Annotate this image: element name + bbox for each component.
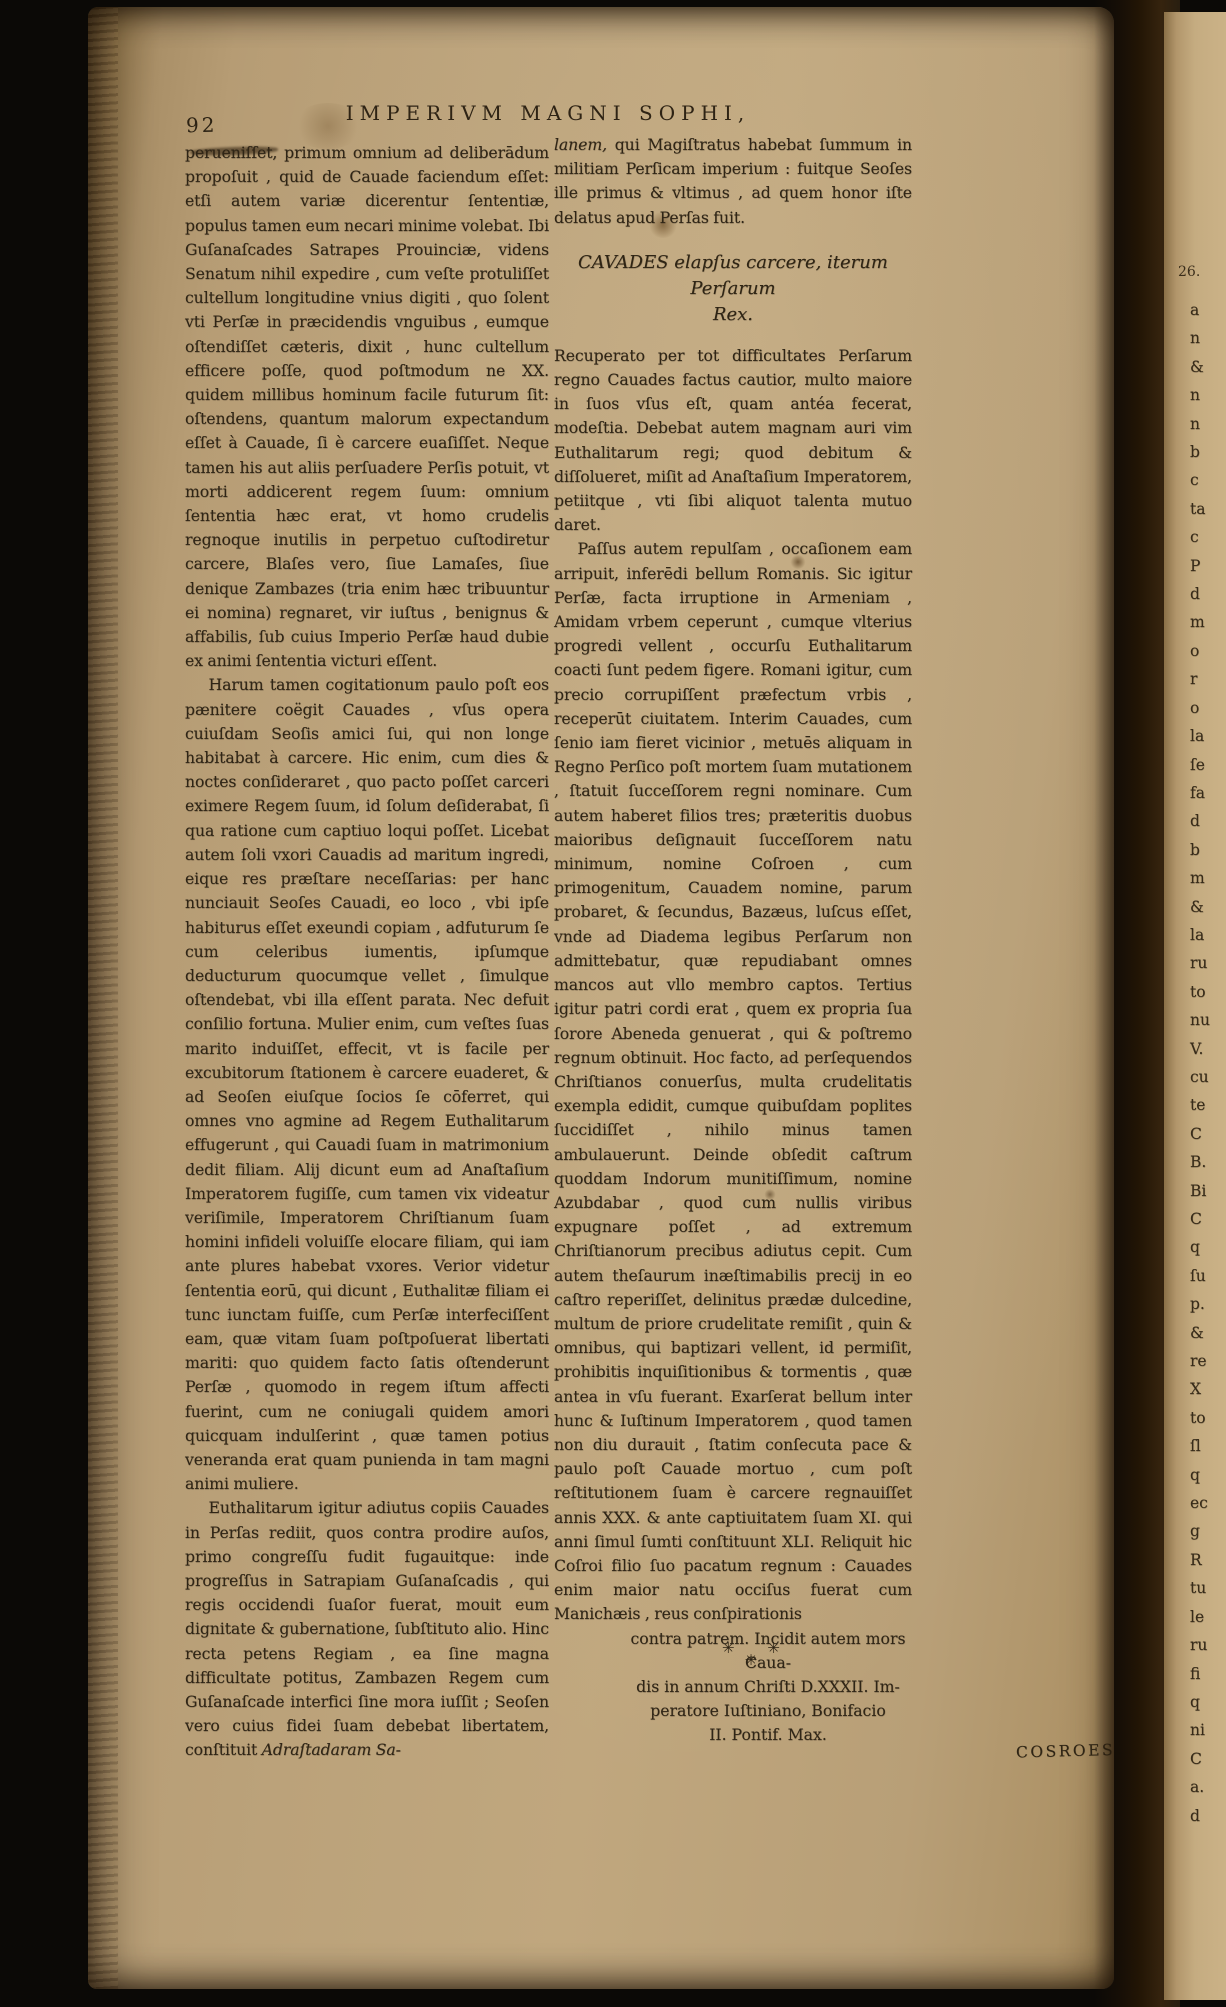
edge-text-fragment: n — [1190, 410, 1210, 438]
page-deckle-edge — [88, 7, 118, 1989]
edge-text-fragment: C — [1190, 1745, 1210, 1773]
edge-text-fragment: n — [1190, 324, 1210, 352]
edge-text-fragment: d — [1190, 1802, 1210, 1830]
edge-text-fragment: b — [1190, 438, 1210, 466]
edge-text-fragment: fa — [1190, 779, 1210, 807]
section-heading-line2: Rex. — [554, 302, 912, 328]
edge-text-fragment: p. — [1190, 1290, 1210, 1318]
paragraph-text: qui Magiſtratus habebat ſummum in militi… — [554, 135, 912, 227]
edge-text-fragment: R — [1190, 1546, 1210, 1574]
edge-text-fragment: cu — [1190, 1063, 1210, 1091]
edge-text-fragment: C — [1190, 1120, 1210, 1148]
continuation-italic: lanem, — [554, 135, 607, 154]
edge-text-fragment: & — [1190, 893, 1210, 921]
edge-text-fragment: fi — [1190, 1660, 1210, 1688]
edge-text-fragment: ni — [1190, 1716, 1210, 1744]
paragraph: lanem, qui Magiſtratus habebat ſummum in… — [554, 133, 912, 230]
edge-text-fragment: ſe — [1190, 751, 1210, 779]
edge-text-fragment: b — [1190, 836, 1210, 864]
edge-text-fragment: r — [1190, 665, 1210, 693]
edge-text-fragment: c — [1190, 523, 1210, 551]
paragraph: Paſſus autem repulſam , occaſionem eam a… — [554, 537, 912, 1626]
edge-text-fragment: a — [1190, 296, 1210, 324]
book-page: 92 IMPERIVM MAGNI SOPHI, perueniſſet, pr… — [88, 7, 1114, 1989]
edge-text-fragment: d — [1190, 807, 1210, 835]
edge-text-fragment: c — [1190, 466, 1210, 494]
paragraph: Harum tamen cogitationum paulo poſt eos … — [185, 673, 549, 1496]
edge-text-fragment: m — [1190, 608, 1210, 636]
edge-text-fragment: le — [1190, 1603, 1210, 1631]
running-title: IMPERIVM MAGNI SOPHI, — [278, 101, 818, 125]
section-heading-line1: CAVADES elapſus carcere, iterum Perſarum — [554, 250, 912, 302]
edge-text-fragments: an&nnbctacPdmorolaſefadbm&larutonuV.cute… — [1190, 296, 1210, 1830]
edge-text-fragment: X — [1190, 1375, 1210, 1403]
edge-text-fragment: la — [1190, 921, 1210, 949]
edge-text-fragment: B. — [1190, 1148, 1210, 1176]
edge-text-fragment: ru — [1190, 949, 1210, 977]
paragraph-list: perueniſſet, primum omnium ad deliberādu… — [185, 141, 549, 1496]
margin-note: 26. — [1178, 264, 1200, 280]
edge-text-fragment: g — [1190, 1517, 1210, 1545]
text-column-right: lanem, qui Magiſtratus habebat ſummum in… — [554, 133, 912, 1748]
page-number: 92 — [186, 113, 218, 138]
edge-text-fragment: to — [1190, 1404, 1210, 1432]
paragraph: Euthalitarum igitur adiutus copiis Cauad… — [185, 1496, 549, 1762]
edge-text-fragment: q — [1190, 1233, 1210, 1261]
edge-text-fragment: q — [1190, 1461, 1210, 1489]
edge-text-fragment: tu — [1190, 1574, 1210, 1602]
closing-line: peratore Iuſtiniano, Bonifacio — [624, 1699, 912, 1723]
asterism: ✳ ✳ ✳ — [648, 1639, 868, 1669]
edge-text-fragment: ta — [1190, 495, 1210, 523]
adjacent-page-edge: 26. an&nnbctacPdmorolaſefadbm&larutonuV.… — [1164, 12, 1226, 2000]
edge-text-fragment: P — [1190, 552, 1210, 580]
text-column-left: perueniſſet, primum omnium ad deliberādu… — [185, 141, 549, 1763]
edge-text-fragment: V. — [1190, 1035, 1210, 1063]
edge-text-fragment: n — [1190, 381, 1210, 409]
edge-text-fragment: ec — [1190, 1489, 1210, 1517]
edge-text-fragment: o — [1190, 637, 1210, 665]
edge-text-fragment: m — [1190, 864, 1210, 892]
edge-text-fragment: ſu — [1190, 1262, 1210, 1290]
paragraph: perueniſſet, primum omnium ad deliberādu… — [185, 141, 549, 673]
edge-text-fragment: d — [1190, 580, 1210, 608]
edge-text-fragment: q — [1190, 1688, 1210, 1716]
closing-line: II. Pontif. Max. — [624, 1723, 912, 1747]
edge-text-fragment: nu — [1190, 1006, 1210, 1034]
edge-text-fragment: te — [1190, 1091, 1210, 1119]
edge-text-fragment: C — [1190, 1205, 1210, 1233]
catchword-italic: Adraſtadaram Sa- — [262, 1740, 401, 1759]
edge-text-fragment: la — [1190, 722, 1210, 750]
edge-text-fragment: & — [1190, 1319, 1210, 1347]
paragraph-text: Euthalitarum igitur adiutus copiis Cauad… — [185, 1498, 549, 1759]
paragraph: Recuperato per tot difficultates Perſaru… — [554, 344, 912, 538]
edge-text-fragment: & — [1190, 353, 1210, 381]
paragraph-list: Recuperato per tot difficultates Perſaru… — [554, 344, 912, 1627]
book-scan-background: 92 IMPERIVM MAGNI SOPHI, perueniſſet, pr… — [0, 0, 1226, 2007]
edge-text-fragment: re — [1190, 1347, 1210, 1375]
closing-line: dis in annum Chriſti D.XXXII. Im- — [624, 1675, 912, 1699]
edge-text-fragment: o — [1190, 694, 1210, 722]
edge-text-fragment: Bi — [1190, 1177, 1210, 1205]
edge-text-fragment: ſl — [1190, 1432, 1210, 1460]
section-heading: CAVADES elapſus carcere, iterum Perſarum… — [554, 250, 912, 328]
edge-text-fragment: to — [1190, 978, 1210, 1006]
edge-text-fragment: a. — [1190, 1773, 1210, 1801]
edge-text-fragment: ru — [1190, 1631, 1210, 1659]
